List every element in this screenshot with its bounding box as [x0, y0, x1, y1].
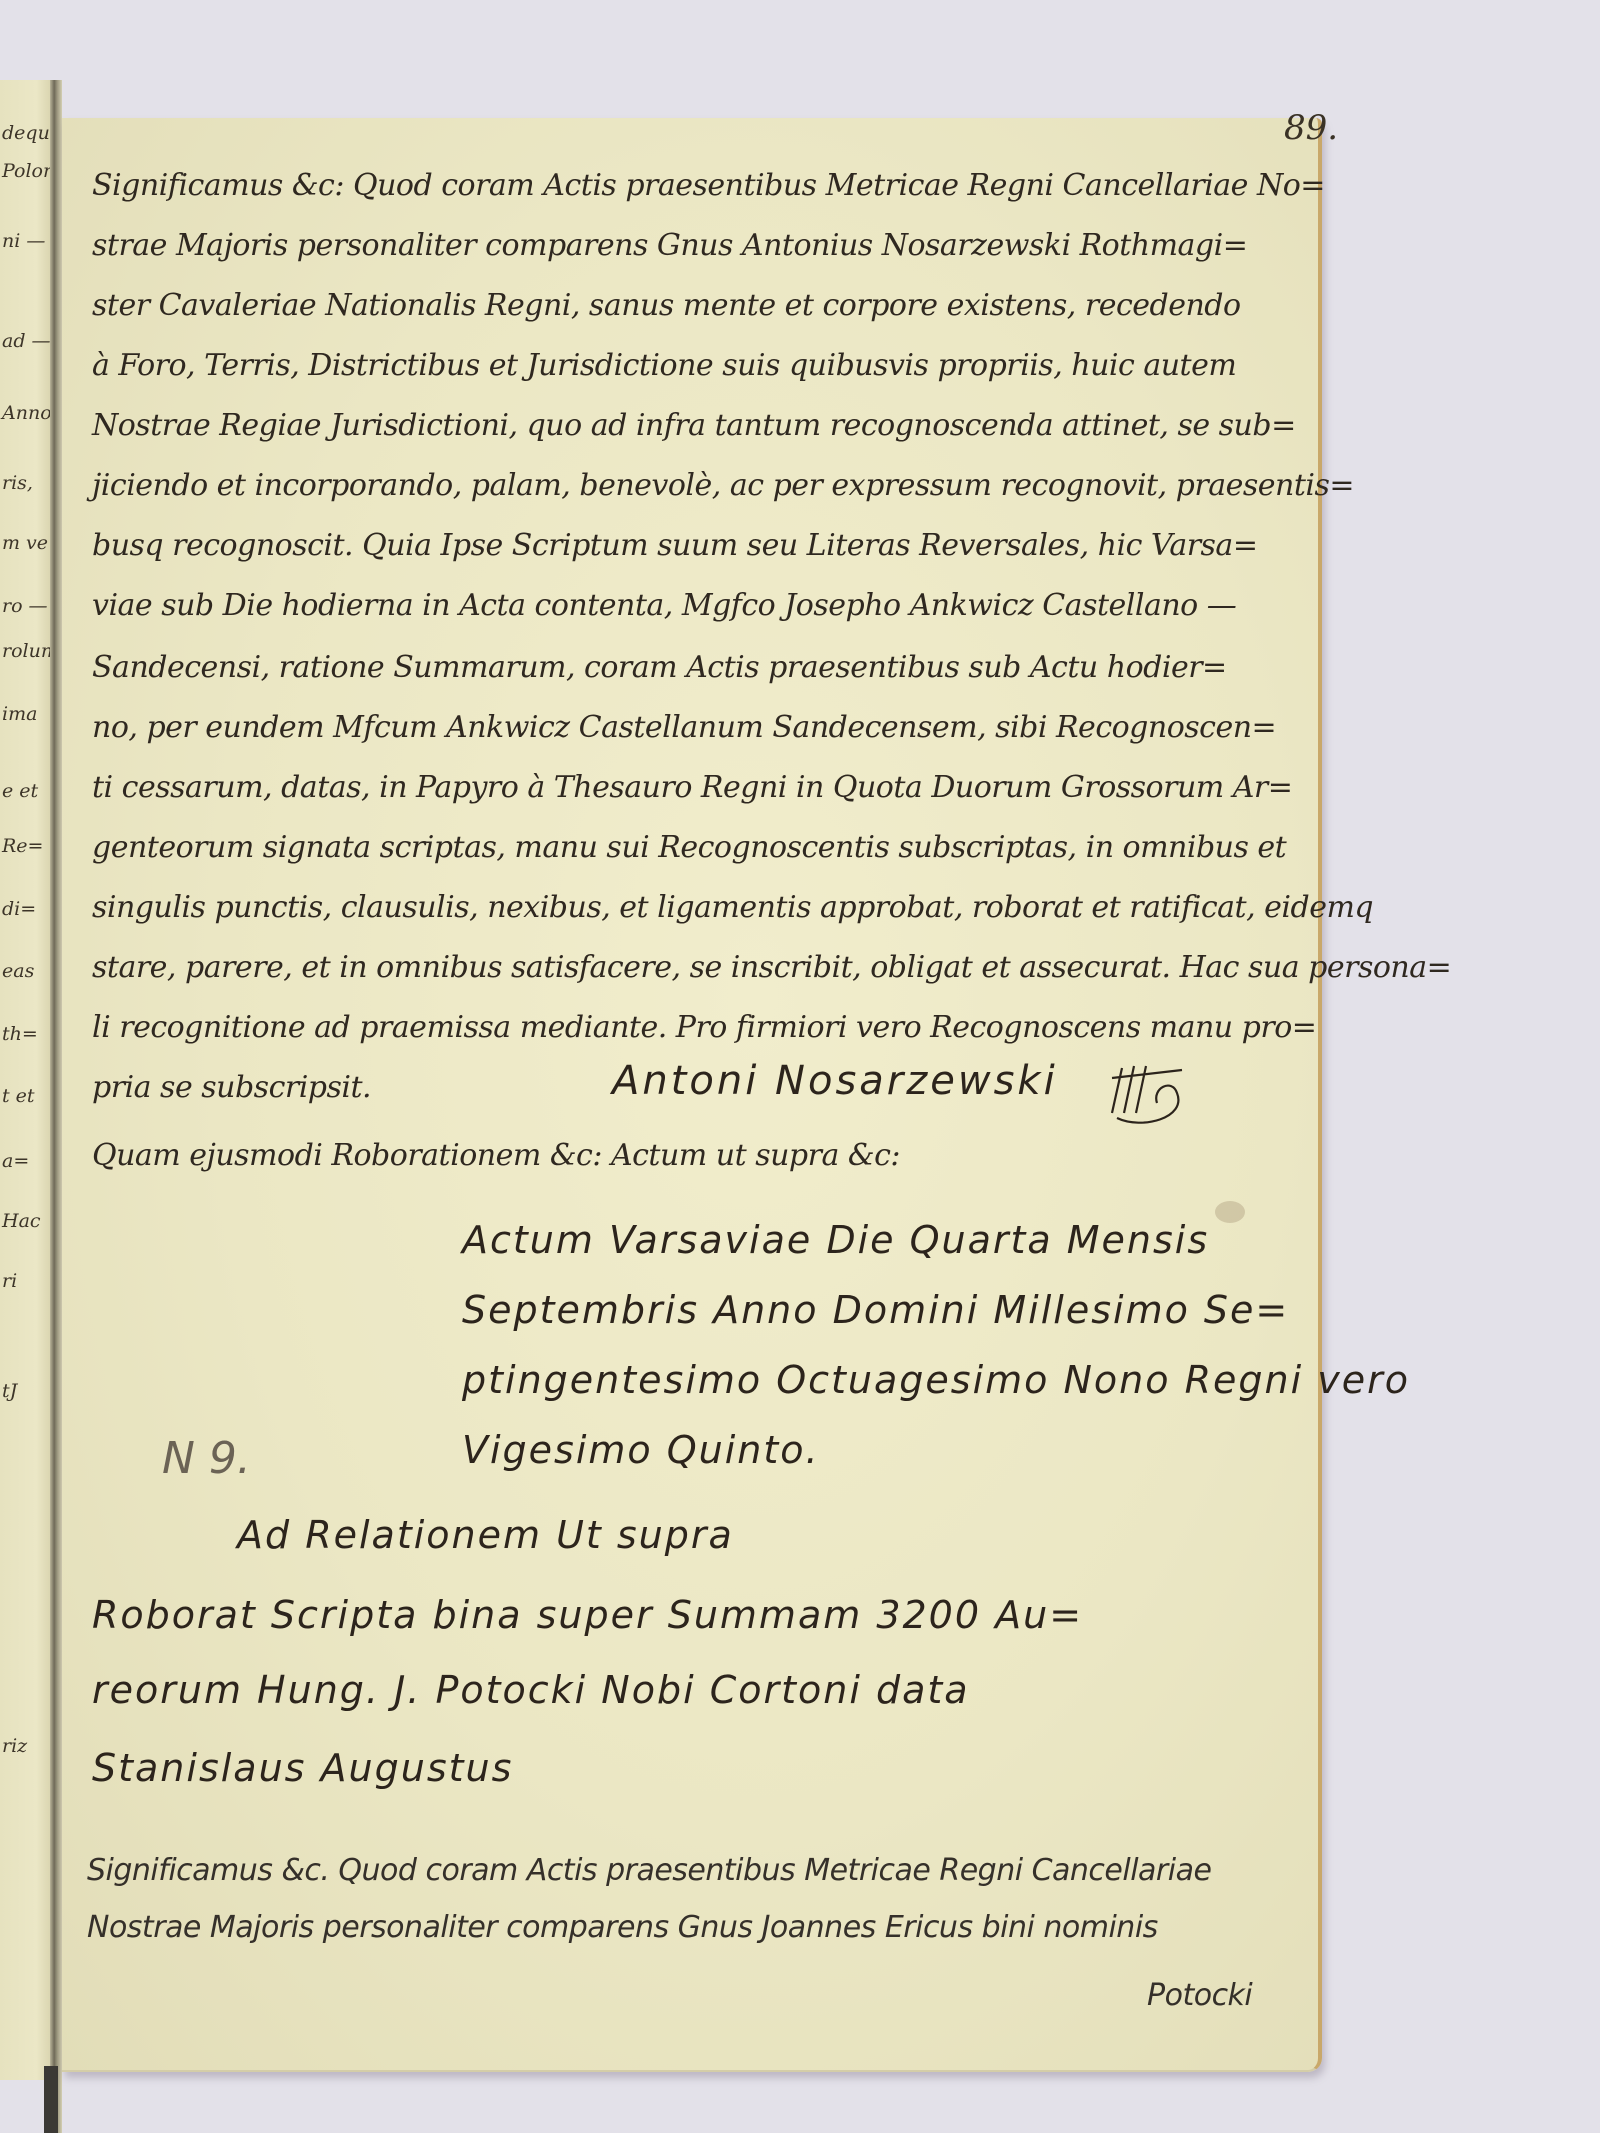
margin-fragment: tJ: [2, 1380, 17, 1402]
text-line: stare, parere, et in omnibus satisfacere…: [92, 950, 1451, 985]
margin-fragment: th=: [2, 1023, 38, 1045]
text-line: jiciendo et incorporando, palam, benevol…: [92, 468, 1354, 503]
margin-fragment: ro —: [2, 595, 48, 617]
margin-fragment: e et: [2, 780, 38, 802]
text-line: Significamus &c. Quod coram Actis praese…: [87, 1853, 1211, 1888]
text-line: busq recognoscit. Quia Ipse Scriptum suu…: [92, 528, 1257, 563]
text-line: Nostrae Majoris personaliter comparens G…: [87, 1910, 1158, 1945]
margin-fragment: eas: [2, 960, 34, 982]
actum-line: Actum Varsaviae Die Quarta Mensis: [462, 1218, 1209, 1262]
signature: Antoni Nosarzewski: [612, 1058, 1058, 1104]
text-line: singulis punctis, clausulis, nexibus, et…: [92, 890, 1373, 925]
text-line: à Foro, Terris, Districtibus et Jurisdic…: [92, 348, 1236, 383]
margin-fragment: ri: [2, 1270, 17, 1292]
signature-flourish-icon: [1102, 1058, 1192, 1128]
actum-line: Vigesimo Quinto.: [462, 1428, 820, 1472]
summary-line: reorum Hung. J. Potocki Nobi Cortoni dat…: [92, 1668, 970, 1712]
text-line: viae sub Die hodierna in Acta contenta, …: [92, 588, 1236, 623]
margin-fragment: t et: [2, 1085, 35, 1107]
text-line: no, per eundem Mfcum Ankwicz Castellanum…: [92, 710, 1276, 745]
book-spine: [50, 80, 62, 2133]
relation-line: Ad Relationem Ut supra: [237, 1513, 734, 1557]
margin-fragment: di=: [2, 898, 36, 920]
ink-stain: [1215, 1201, 1245, 1223]
margin-fragment: Anno: [2, 402, 52, 424]
text-line: Sandecensi, ratione Summarum, coram Acti…: [92, 650, 1227, 685]
text-line: Nostrae Regiae Jurisdictioni, quo ad inf…: [92, 408, 1296, 443]
manuscript-page: 89. Significamus &c: Quod coram Actis pr…: [62, 118, 1322, 2072]
closing-line: Quam ejusmodi Roborationem &c: Actum ut …: [92, 1138, 900, 1173]
margin-fragment: dequa=: [2, 122, 52, 144]
margin-fragment: a=: [2, 1150, 29, 1172]
king-name-line: Stanislaus Augustus: [92, 1746, 513, 1790]
margin-fragment: Poloni=: [2, 160, 52, 182]
text-line: Significamus &c: Quod coram Actis praese…: [92, 168, 1325, 203]
actum-line: Septembris Anno Domini Millesimo Se=: [462, 1288, 1289, 1332]
margin-fragment: riz: [2, 1735, 27, 1757]
text-line: ster Cavaleriae Nationalis Regni, sanus …: [92, 288, 1241, 323]
margin-fragment: ad —: [2, 330, 51, 352]
catchword: Potocki: [1147, 1978, 1252, 2013]
margin-fragment: ris,: [2, 472, 33, 494]
margin-fragment: ima: [2, 703, 37, 725]
marginal-number-annotation: N 9.: [162, 1433, 251, 1484]
actum-line: ptingentesimo Octuagesimo Nono Regni ver…: [462, 1358, 1410, 1402]
summary-line: Roborat Scripta bina super Summam 3200 A…: [92, 1593, 1083, 1637]
text-line: ti cessarum, datas, in Papyro à Thesauro…: [92, 770, 1292, 805]
margin-fragment: Re=: [2, 835, 43, 857]
book-spine-shadow: [44, 2066, 58, 2133]
previous-page-margin: dequa= Poloni= ni — ad — Anno ris, m ve=…: [0, 80, 52, 2080]
text-line: genteorum signata scriptas, manu sui Rec…: [92, 830, 1286, 865]
margin-fragment: m ve=: [2, 532, 52, 554]
margin-fragment: rolum: [2, 640, 52, 662]
text-line: strae Majoris personaliter comparens Gnu…: [92, 228, 1247, 263]
margin-fragment: Hac: [2, 1210, 41, 1232]
page-number: 89.: [1284, 108, 1338, 148]
text-line: li recognitione ad praemissa mediante. P…: [92, 1010, 1316, 1045]
margin-fragment: ni —: [2, 230, 45, 252]
text-line: pria se subscripsit.: [92, 1070, 371, 1105]
